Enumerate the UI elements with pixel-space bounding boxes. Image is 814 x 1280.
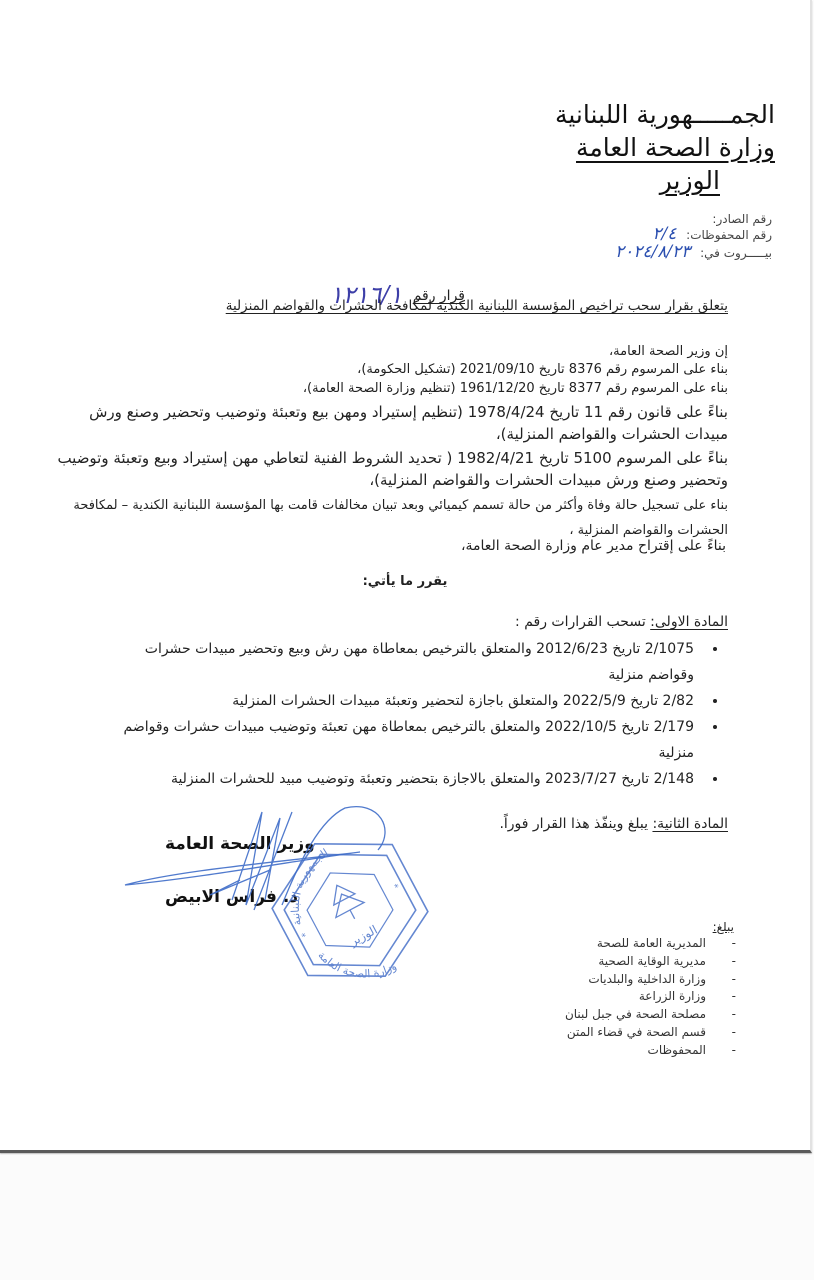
notify-heading: يبلغ: [713,920,734,934]
list-item: 2/82 تاريخ 2022/5/9 والمتعلق باجازة لتحض… [100,688,702,714]
signatory-title: وزير الصحة العامة [165,834,315,854]
withdrawn-decisions-list: 2/1075 تاريخ 2012/6/23 والمتعلق بالترخيص… [100,636,728,792]
signatory-name: د. فراس الابيض [165,887,298,907]
svg-text:*: * [393,882,402,893]
list-item: المديرية العامة للصحة [565,935,736,953]
preamble-line: بناءً على قانون رقم 11 تاريخ 1978/4/24 (… [42,401,728,445]
resolves-heading: يقرر ما يأتي: [300,574,510,589]
list-item: وزارة الزراعة [565,988,736,1006]
list-item: مديرية الوقاية الصحية [565,953,736,971]
preamble-line: بناء على المرسوم رقم 8377 تاريخ 1961/12/… [42,380,728,397]
letterhead-ministry: وزارة الصحة العامة [576,133,775,163]
article-2-text: يبلغ وينفّذ هذا القرار فوراً. [499,816,652,832]
archive-number-label: رقم المحفوظات: [686,228,772,242]
letterhead-republic: الجمـــــهورية اللبنانية [555,100,775,130]
svg-text:*: * [300,932,309,943]
article-2: المادة الثانية: يبلغ وينفّذ هذا القرار ف… [499,816,728,832]
preamble-line: بناء على تسجيل حالة وفاة وأكثر من حالة ت… [42,493,728,543]
list-item: 2/179 تاريخ 2022/10/5 والمتعلق بالترخيص … [100,714,702,766]
archive-number-handwritten: ٢/٤ [652,224,676,244]
list-item: وزارة الداخلية والبلديات [565,971,736,989]
stamp-bottom-text: وزارة الصحة العامة [314,923,399,1003]
decision-subject: يتعلق بقرار سحب تراخيص المؤسسة اللبنانية… [226,298,728,314]
article-2-label: المادة الثانية: [652,816,728,832]
issue-place-label: بيـــــروت في: [700,246,772,260]
list-item: 2/148 تاريخ 2023/7/27 والمتعلق بالاجازة … [100,766,702,792]
article-1-text: تسحب القرارات رقم : [515,614,650,630]
article-1-label: المادة الاولى: [650,614,728,630]
preamble-opening: إن وزير الصحة العامة، [42,343,728,360]
list-item: مصلحة الصحة في جبل لبنان [565,1006,736,1024]
letterhead-office: الوزير [660,166,720,196]
list-item: المحفوظات [565,1042,736,1060]
document-page: الجمـــــهورية اللبنانية وزارة الصحة الع… [0,0,812,1153]
preamble-line: بناءً على المرسوم 5100 تاريخ 1982/4/21 (… [42,447,728,491]
list-item: قسم الصحة في قضاء المتن [565,1024,736,1042]
issue-date-handwritten: ٢٠٢٤/٨/٢٣ [615,242,690,262]
outgoing-number-label: رقم الصادر: [712,212,772,226]
list-item: 2/1075 تاريخ 2012/6/23 والمتعلق بالترخيص… [100,636,702,688]
article-1: المادة الاولى: تسحب القرارات رقم : [515,614,728,630]
stamp-middle-text: الوزير [347,923,380,950]
notify-recipients-list: المديرية العامة للصحة مديرية الوقاية الص… [565,935,736,1060]
preamble-line: بناء على المرسوم رقم 8376 تاريخ 2021/09/… [42,361,728,378]
cedar-icon [323,878,369,927]
issue-date: بيـــــروت في: ٢٠٢٤/٨/٢٣ [615,244,772,262]
preamble-line: بناءً على إقتراح مدير عام وزارة الصحة ال… [42,538,726,555]
